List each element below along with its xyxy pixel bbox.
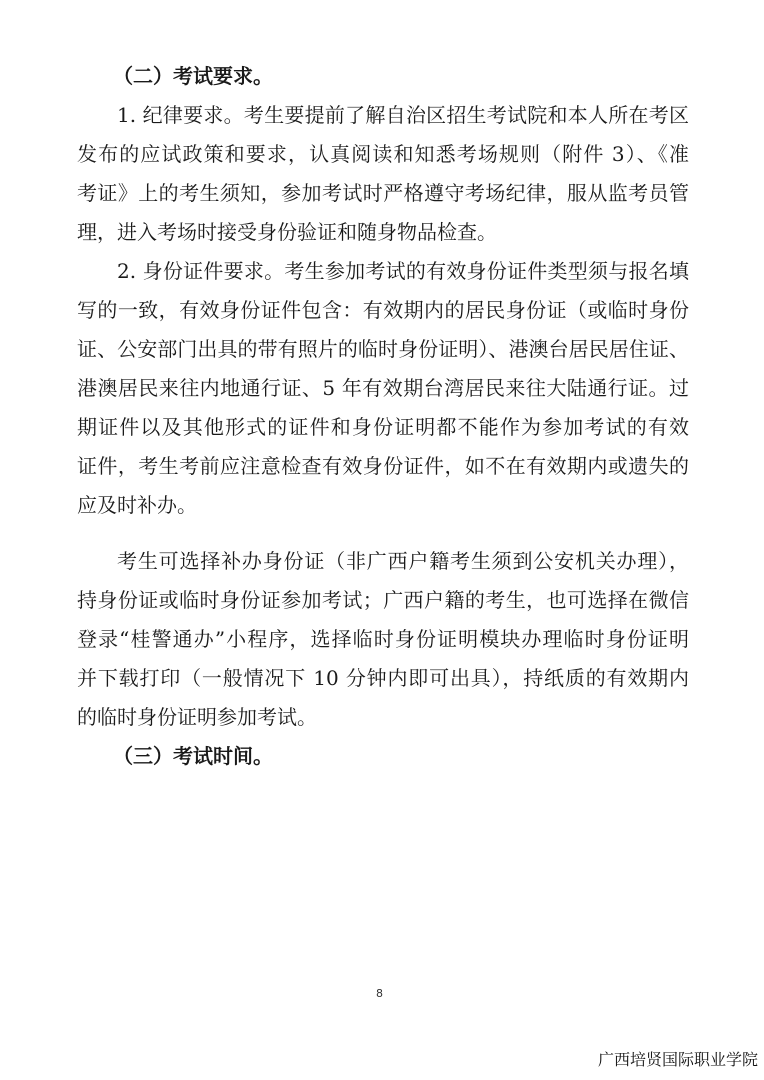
page-number: 8 bbox=[376, 987, 383, 1000]
text-line: 1. 纪律要求。考生要提前了解自治区招生考试院和本人所在考区 bbox=[117, 103, 689, 127]
text-line: 理，进入考场时接受身份验证和随身物品检查。 bbox=[77, 220, 689, 244]
text-line: 考证》上的考生须知，参加考试时严格遵守考场纪律，服从监考员管 bbox=[77, 181, 689, 205]
text-line: 的临时身份证明参加考试。 bbox=[77, 705, 689, 729]
text-line: 2. 身份证件要求。考生参加考试的有效身份证件类型须与报名填 bbox=[117, 259, 689, 283]
text-line: 考生可选择补办身份证（非广西户籍考生须到公安机关办理）， bbox=[117, 549, 689, 573]
text-line: 登录“桂警通办”小程序，选择临时身份证明模块办理临时身份证明 bbox=[77, 627, 689, 651]
text-line: 发布的应试政策和要求，认真阅读和知悉考场规则（附件 3）、《准 bbox=[77, 142, 689, 166]
text-line: 证件，考生考前应注意检查有效身份证件，如不在有效期内或遗失的 bbox=[77, 454, 689, 478]
text-line: 港澳居民来往内地通行证、5 年有效期台湾居民来往大陆通行证。过 bbox=[77, 376, 689, 400]
text-line: 应及时补办。 bbox=[77, 493, 689, 517]
document-page: （二）考试要求。 1. 纪律要求。考生要提前了解自治区招生考试院和本人所在考区 … bbox=[0, 0, 764, 1080]
section-heading-exam-requirements: （二）考试要求。 bbox=[113, 64, 725, 88]
section-heading-exam-time: （三）考试时间。 bbox=[113, 744, 725, 768]
text-line: 写的一致，有效身份证件包含：有效期内的居民身份证（或临时身份 bbox=[77, 298, 689, 322]
text-line: 持身份证或临时身份证参加考试；广西户籍的考生，也可选择在微信 bbox=[77, 588, 689, 612]
text-line: 证、公安部门出具的带有照片的临时身份证明）、港澳台居民居住证、 bbox=[77, 337, 689, 361]
watermark-institution: 广西培贤国际职业学院 bbox=[598, 1047, 758, 1070]
text-line: 期证件以及其他形式的证件和身份证明都不能作为参加考试的有效 bbox=[77, 415, 689, 439]
text-line: 并下载打印（一般情况下 10 分钟内即可出具），持纸质的有效期内 bbox=[77, 666, 689, 690]
